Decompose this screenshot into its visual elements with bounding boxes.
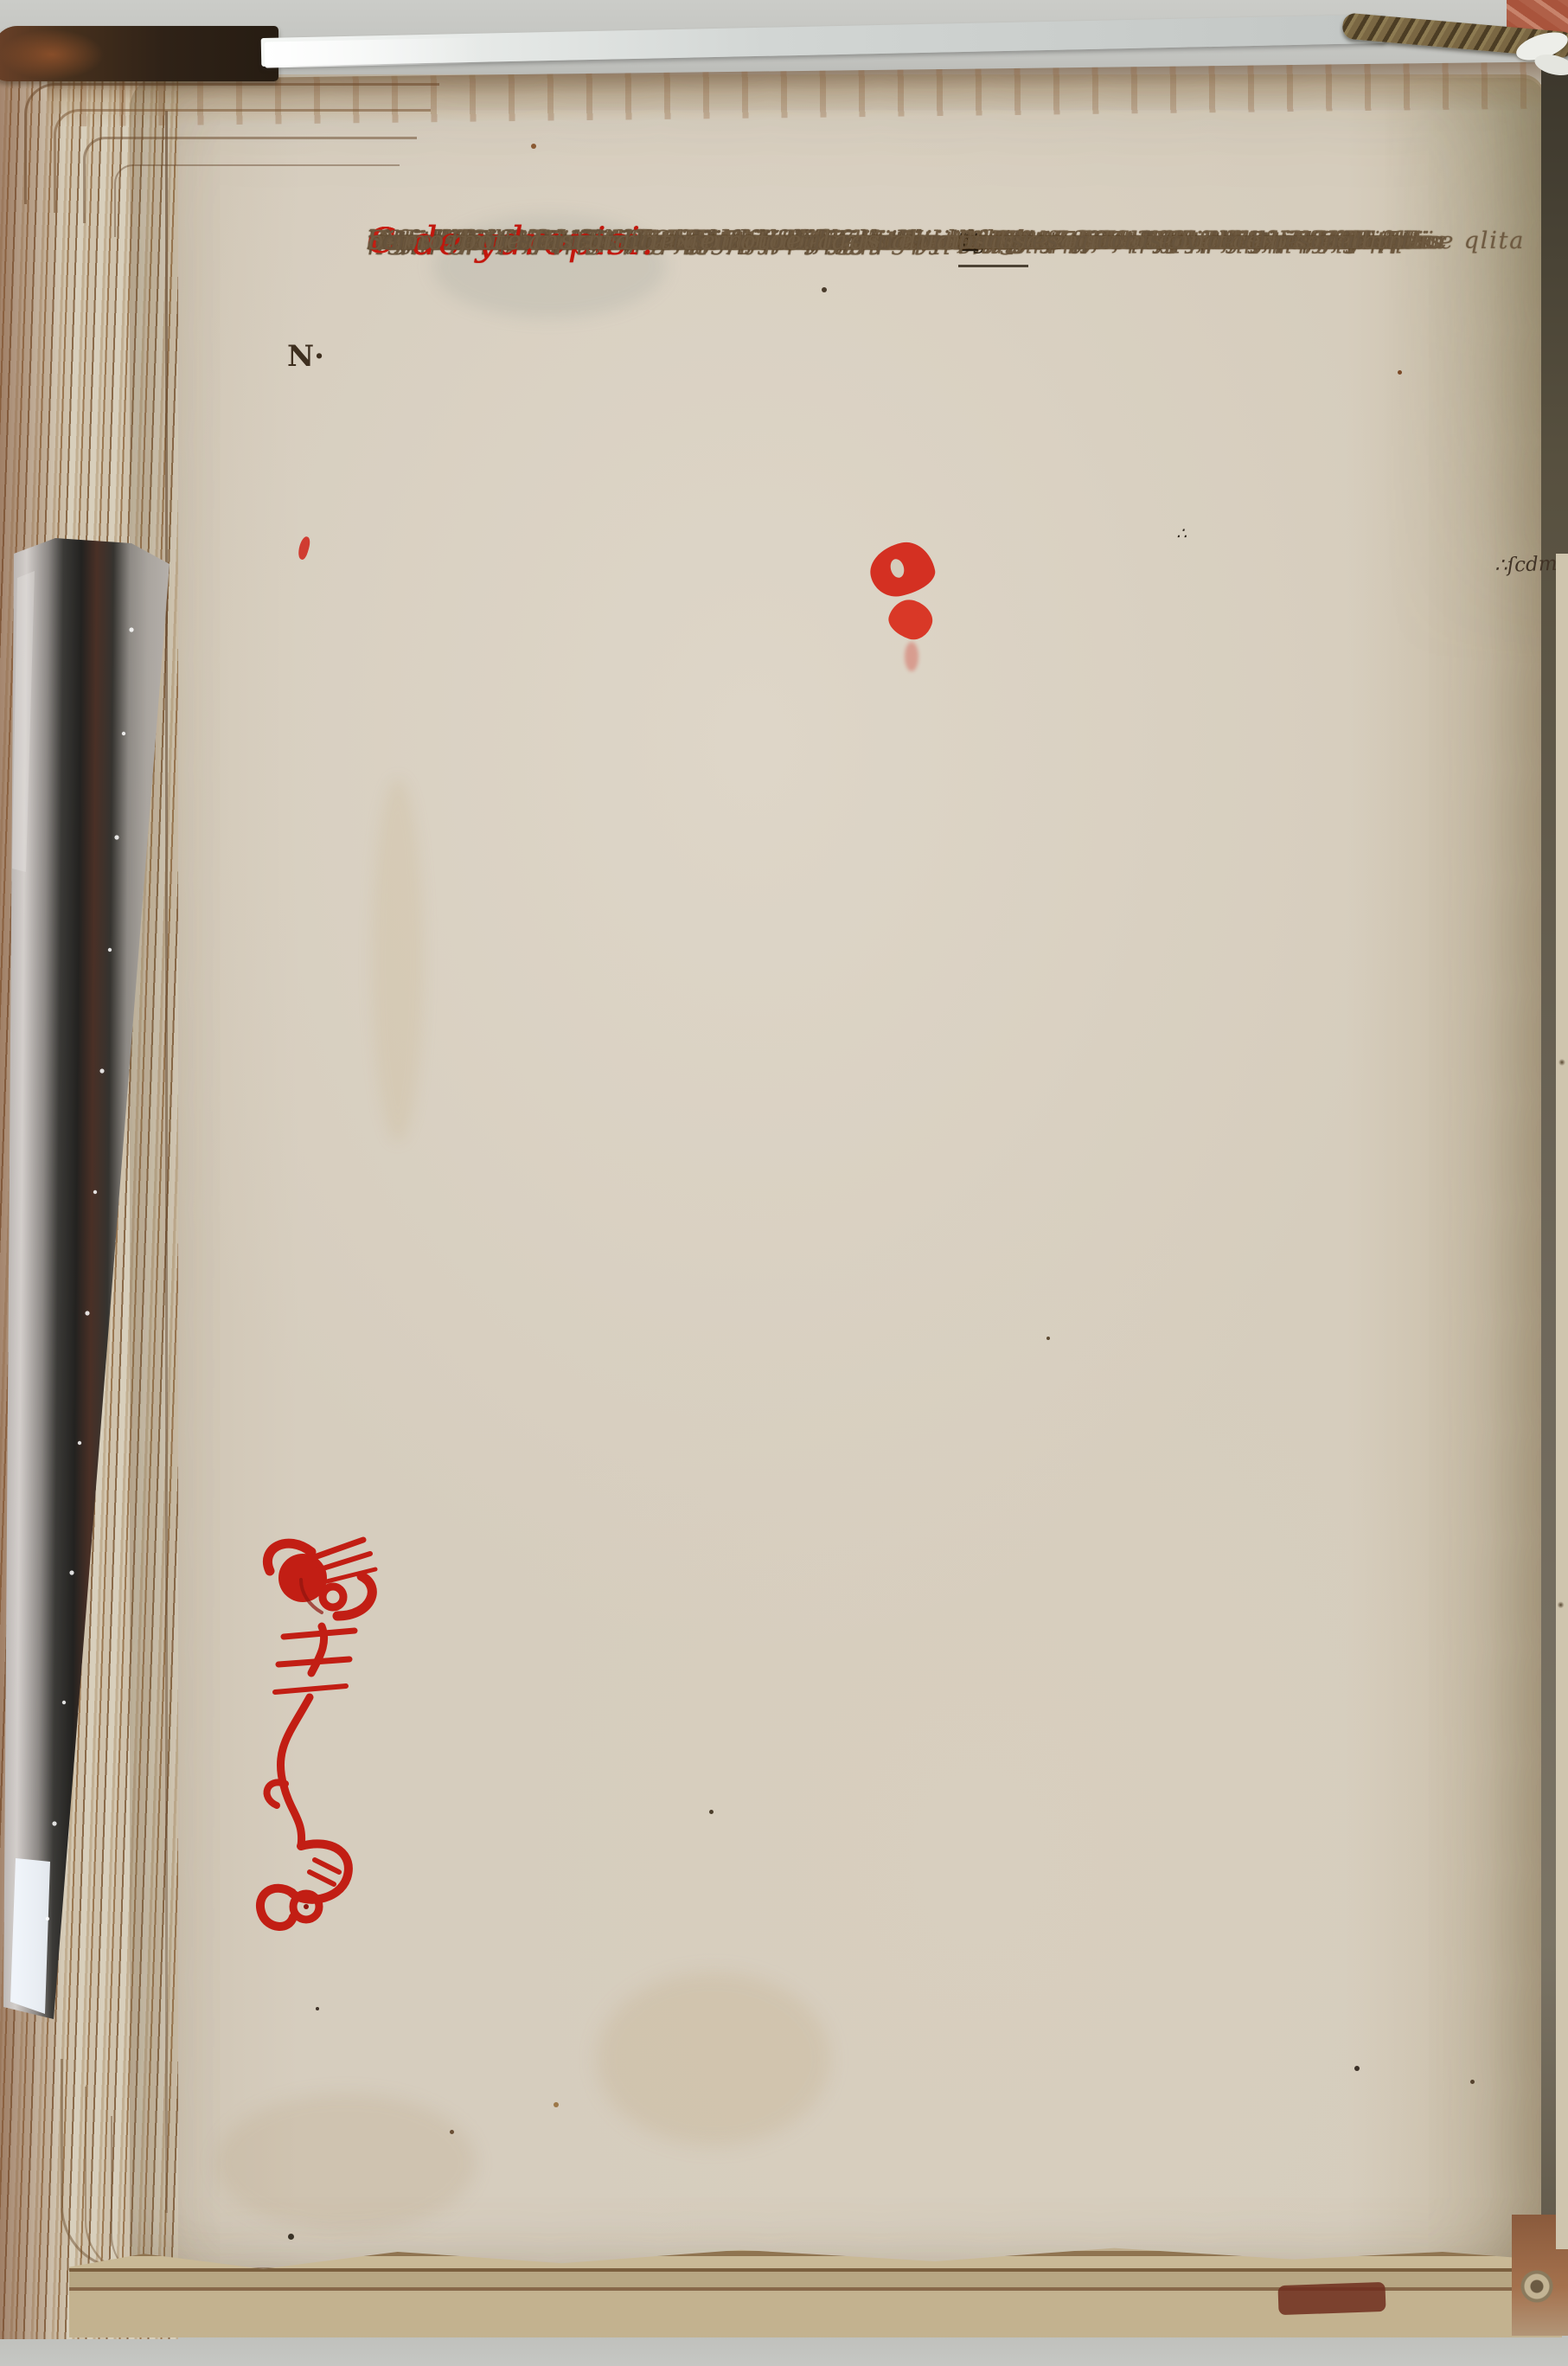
- leaf-corner-outline: [114, 164, 400, 237]
- maroon-edge-patch: [1277, 2282, 1386, 2315]
- dirt-speck: [1398, 370, 1402, 375]
- dirt-speck: [1046, 1337, 1050, 1340]
- dirt-speck: [709, 1810, 714, 1814]
- spine-rust-texture: [0, 29, 104, 80]
- dirt-speck: [1354, 2066, 1360, 2071]
- dirt-speck: [554, 2102, 559, 2107]
- margin-note-secundum: ∴ſcdm: [1494, 553, 1558, 578]
- manuscript-photo: ifuto scar. celet. ~ addito zucco fiat s…: [0, 0, 1568, 2366]
- dirt-speck: [316, 2007, 319, 2010]
- white-strip-highlight: [265, 37, 482, 67]
- parchment-page: [130, 74, 1545, 2303]
- red-initial-flourish-icon: [249, 1533, 396, 1959]
- dirt-speck: [531, 144, 536, 149]
- metal-ruler: [0, 526, 182, 2036]
- margin-mark-left: N·: [287, 339, 324, 374]
- page-soiling: [1384, 78, 1545, 666]
- metal-grommet: [1519, 2268, 1555, 2305]
- dirt-speck: [822, 287, 827, 292]
- dirt-speck: [1470, 2080, 1475, 2084]
- dirt-speck: [450, 2130, 454, 2134]
- under-page-sliver: [1556, 554, 1568, 2249]
- signe-de-renvoi: ∴: [1176, 524, 1187, 543]
- dirt-speck: [288, 2234, 294, 2240]
- red-paint-drip: [905, 642, 918, 671]
